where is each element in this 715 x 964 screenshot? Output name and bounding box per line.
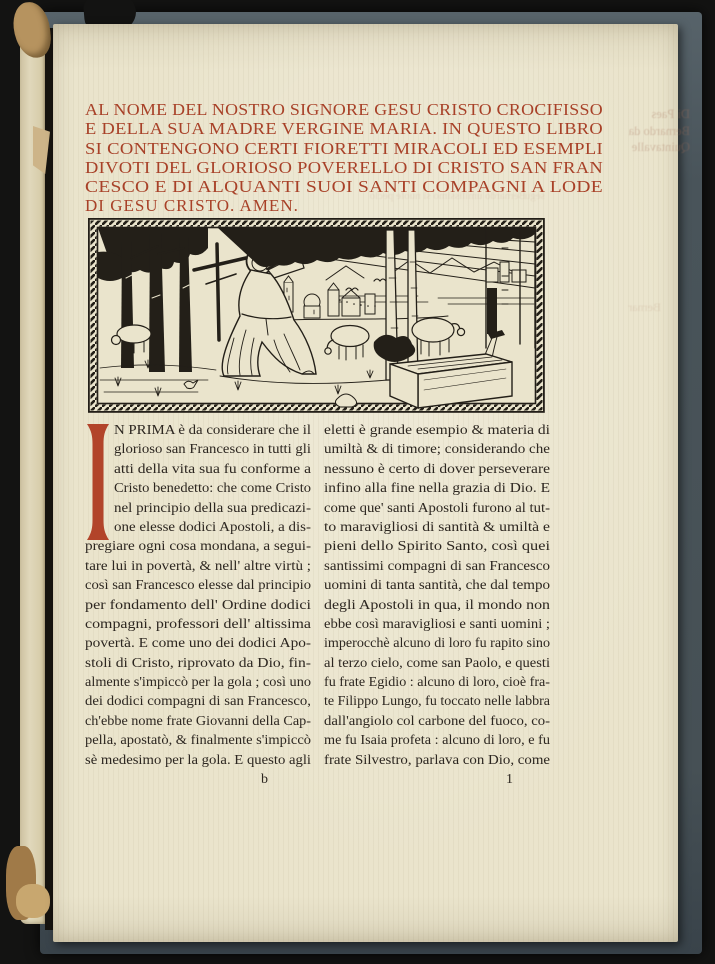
woodcut-st-francis: [88, 218, 545, 413]
title-line: E DELLA SUA MADRE VERGINE MARIA. IN QUES…: [85, 119, 603, 138]
body-line: eletti è grande esempio & materia di: [324, 420, 550, 439]
body-line: nel principio della sua predicazi-: [114, 498, 311, 517]
book-photograph: AL NOME DEL NOSTRO SIGNORE GESU CRISTO C…: [0, 0, 715, 964]
body-line: infino alla fine nella grazia di Dio. E: [324, 478, 550, 497]
book-page: AL NOME DEL NOSTRO SIGNORE GESU CRISTO C…: [53, 24, 678, 942]
showthrough-line: Di Paes: [598, 106, 690, 123]
body-line: almente s'impiccò per la gola ; così uno: [85, 672, 311, 691]
body-line: me fu Isaia profeta : alcuno di loro, e …: [324, 730, 550, 749]
body-line: Cristo benedetto: che come Cristo: [114, 478, 311, 497]
torn-paper-fragment-bottom2: [16, 884, 50, 918]
drop-cap-initial-I: [86, 423, 110, 541]
signature-mark: b: [85, 770, 311, 789]
body-line: come que' santi Apostoli furono al tut-: [324, 498, 550, 517]
body-line: umiltà & di timore; considerando che: [324, 439, 550, 458]
body-line: degli Apostoli in qua, il mondo non: [324, 595, 550, 614]
body-line: atti della vita sua fu conforme a: [114, 459, 311, 478]
page-number: 1: [324, 770, 550, 789]
body-line: fu frate Egidio : alcuno di loro, cioè f…: [324, 672, 550, 691]
body-line: ch'ebbe nome frate Giovanni della Cap-: [85, 711, 311, 730]
showthrough-text-mid-right: segu: [505, 190, 545, 202]
body-line: pella, apostatò, & finalmente s'impiccò: [85, 730, 311, 749]
body-line: tare lui in povertà, & nell' altre virtù…: [85, 556, 311, 575]
body-line: povertà. E come uno dei dodici Apo-: [85, 633, 311, 652]
woodcut-illustration: [88, 218, 545, 413]
body-line: stoli di Cristo, riprovato da Dio, fin-: [85, 653, 311, 672]
body-line: sè medesimo per la gola. E questo agli: [85, 750, 311, 769]
body-line: frate Silvestro, parlava con Dio, come: [324, 750, 550, 769]
body-line: santissimi compagni di san Francesco: [324, 556, 550, 575]
showthrough-text-mid: Bernardo umilissimo si nuole peclo: [291, 190, 526, 202]
showthrough-line: Bernardo da: [598, 123, 690, 140]
right-column: eletti è grande esempio & materia di umi…: [324, 420, 550, 789]
showthrough-text-top: Di Paes Bernardo da Quintavalle: [598, 106, 690, 156]
body-line: dall'angiolo col carbone del fuoco, co-: [324, 711, 550, 730]
body-line: compagni, professori dell' altissima: [85, 614, 311, 633]
showthrough-line: Quintavalle: [598, 139, 690, 156]
title-line: DIVOTI DEL GLORIOSO POVERELLO DI CRISTO …: [85, 158, 603, 177]
body-line: nessuno è certo di dover perseverare: [324, 459, 550, 478]
body-line: così san Francesco elesse dal principio: [85, 575, 311, 594]
body-line: al terzo cielo, come san Paolo, e questi: [324, 653, 550, 672]
body-line: one elesse dodici Apostoli, a dis-: [114, 517, 311, 536]
showthrough-text-lower: Bernar: [601, 300, 661, 315]
title-line: AL NOME DEL NOSTRO SIGNORE GESU CRISTO C…: [85, 100, 603, 119]
body-line: glorioso san Francesco in tutti gli: [114, 439, 311, 458]
body-line: to maravigliosi di santità & umiltà e: [324, 517, 550, 536]
body-line: pieni dello Spirito Santo, così quei: [324, 536, 550, 555]
torn-paper-fragment-top: [11, 0, 53, 59]
body-line: dei dodici compagni di san Francesco,: [85, 691, 311, 710]
title-line: SI CONTENGONO CERTI FIORETTI MIRACOLI ED…: [85, 139, 603, 158]
body-line: imperocchè alcuno di loro fu rapito sino: [324, 633, 550, 652]
body-line: ebbe così maravigliosi e santi uomini ;: [324, 614, 550, 633]
body-line: N PRIMA è da considerare che il: [114, 420, 311, 439]
body-line: per fondamento dell' Ordine dodici: [85, 595, 311, 614]
body-line: uomini di tanta santità, che dal tempo: [324, 575, 550, 594]
body-line: te Filippo Lungo, fu toccato nelle labbr…: [324, 691, 550, 710]
left-column: N PRIMA è da considerare che il glorioso…: [85, 420, 311, 789]
body-line: pregiare ogni cosa mondana, a segui-: [85, 536, 311, 555]
